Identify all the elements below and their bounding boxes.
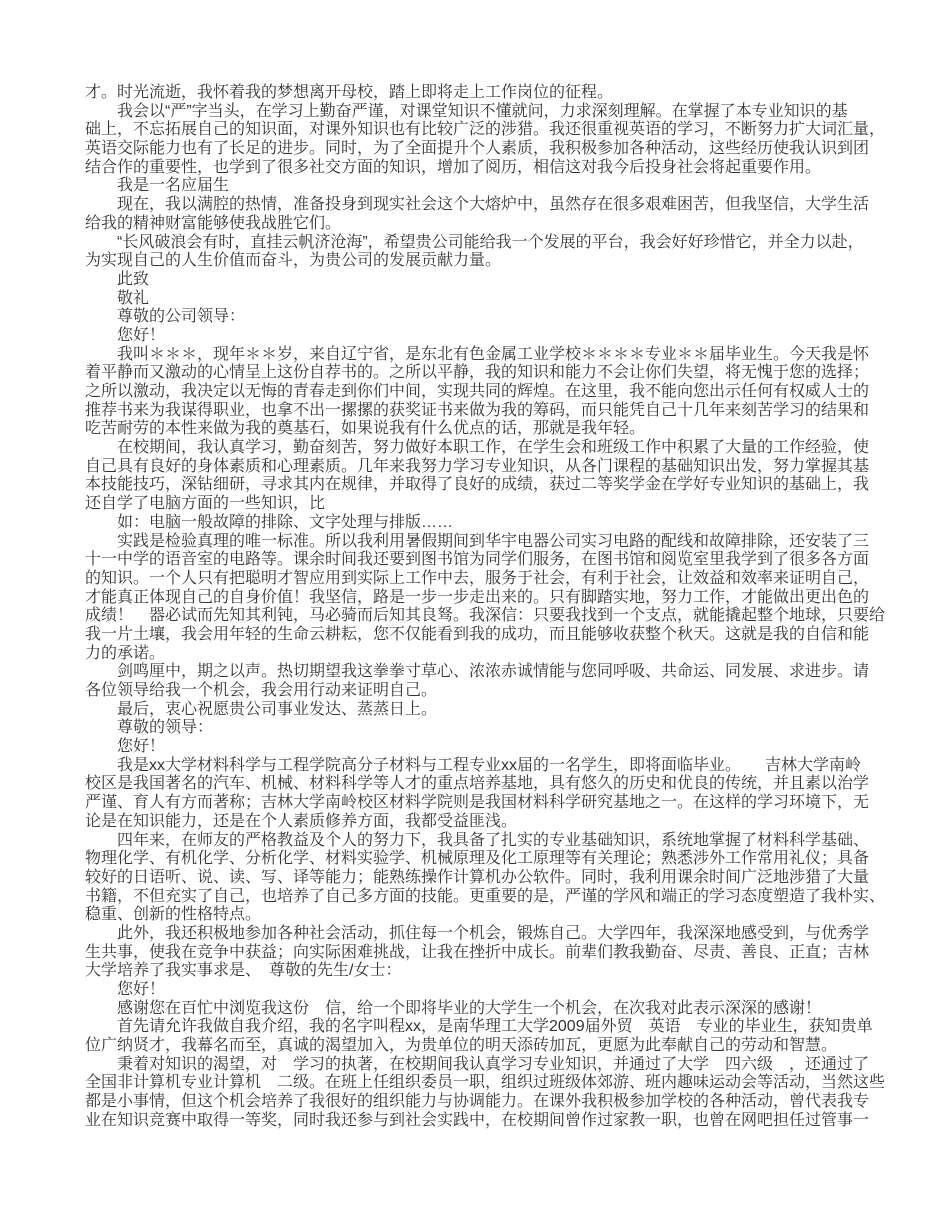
text-line: 书籍，不但充实了自己，也培养了自己多方面的技能。更重要的是，严谨的学风和端正的学… (85, 888, 915, 907)
text-line: 我是xx大学材料科学与工程学院高分子材料与工程专业xx届的一名学生，即将面临毕业… (85, 757, 915, 776)
text-line: 着平静而又激动的心情呈上这份自荐书的。之所以平静，我的知识和能力不会让你们失望，… (85, 364, 915, 383)
text-line: 全国非计算机专业计算机 二级。在班上任组织委员一职，组织过班级体郊游、班内趣味运… (85, 1074, 915, 1093)
text-line: 各位领导给我一个机会，我会用行动来证明自己。 (85, 682, 915, 701)
text-line: 自己具有良好的身体素质和心理素质。几年来我努力学习专业知识，从各门课程的基础知识… (85, 458, 915, 477)
text-line: 物理化学、有机化学、分析化学、材料实验学、机械原理及化工原理等有关理论；熟悉涉外… (85, 850, 915, 869)
text-line: 尊敬的领导： (85, 719, 915, 738)
text-line: 秉着对知识的渴望，对 学习的执著，在校期间我认真学习专业知识，并通过了大学 四六… (85, 1056, 915, 1075)
text-line: 大学培养了我实事求是、 尊敬的先生/女士： (85, 962, 915, 981)
text-line: 推荐书来为我谋得职业，也拿不出一摞摞的获奖证书来做为我的筹码，而只能凭自己十几年… (85, 402, 915, 421)
text-line: 您好！ (85, 738, 915, 757)
text-line: 实践是检验真理的唯一标准。所以我利用暑假期间到华宇电器公司实习电路的配线和故障排… (85, 533, 915, 552)
text-line: 成绩！ 器必试而先知其利钝，马必骑而后知其良驽。我深信：只要我找到一个支点，就能… (85, 607, 915, 626)
text-line: 才能真正体现自己的自身价值！我坚信，路是一步一步走出来的。只有脚踏实地，努力工作… (85, 589, 915, 608)
text-line: 您好！ (85, 327, 915, 346)
text-line: 最后，衷心祝愿贵公司事业发达、蒸蒸日上。 (85, 701, 915, 720)
text-line: 生共事，使我在竞争中获益；向实际困难挑战，让我在挫折中成长。前辈们教我勤奋、尽责… (85, 944, 915, 963)
text-line: 十一中学的语音室的电路等。课余时间我还要到图书馆为同学们服务，在图书馆和阅览室里… (85, 551, 915, 570)
text-line: 现在，我以满腔的热情，准备投身到现实社会这个大熔炉中，虽然存在很多艰难困苦，但我… (85, 196, 915, 215)
text-line: 给我的精神财富能够使我战胜它们。 (85, 215, 915, 234)
text-line: 您好！ (85, 981, 915, 1000)
document-page: 才。时光流逝，我怀着我的梦想离开母校，踏上即将走上工作岗位的征程。 我会以“严”… (85, 84, 915, 1131)
text-line: 首先请允许我做自我介绍，我的名字叫程xx，是南华理工大学2009届外贸 英语 专… (85, 1018, 915, 1037)
text-line: 还自学了电脑方面的一些知识，比 (85, 495, 915, 514)
text-line: 校区是我国著名的汽车、机械、材料科学等人才的重点培养基地，具有悠久的历史和优良的… (85, 775, 915, 794)
text-line: 四年来，在师友的严格教益及个人的努力下，我具备了扎实的专业基础知识，系统地掌握了… (85, 832, 915, 851)
text-line: 才。时光流逝，我怀着我的梦想离开母校，踏上即将走上工作岗位的征程。 (85, 84, 915, 103)
text-line: 剑鸣厘中，期之以声。热切期望我这拳拳寸草心、浓浓赤诚情能与您同呼吸、共命运、同发… (85, 663, 915, 682)
text-line: 我一片土壤，我会用年轻的生命云耕耘，您不仅能看到我的成功，而且能够收获整个秋天。… (85, 626, 915, 645)
text-line: 都是小事情，但这个机会培养了我很好的组织能力与协调能力。在课外我积极参加学校的各… (85, 1093, 915, 1112)
text-line: 感谢您在百忙中浏览我这份 信，给一个即将毕业的大学生一个机会，在次我对此表示深深… (85, 1000, 915, 1019)
text-line: 力的承诺。 (85, 645, 915, 664)
text-line: 较好的日语听、说、读、写、译等能力；能熟练操作计算机办公软件。同时，我利用课余时… (85, 869, 915, 888)
text-line: 础上，不忘拓展自己的知识面，对课外知识也有比较广泛的涉猎。我还很重视英语的学习，… (85, 121, 915, 140)
text-line: 英语交际能力也有了长足的进步。同时，为了全面提升个人素质，我积极参加各种活动，这… (85, 140, 915, 159)
text-line: 吃苦耐劳的本性来做为我的奠基石，如果说我有什么优点的话，那就是我年轻。 (85, 420, 915, 439)
text-line: 的知识。一个人只有把聪明才智应用到实际上工作中去，服务于社会，有利于社会，让效益… (85, 570, 915, 589)
text-line: 敬礼 (85, 290, 915, 309)
text-line: 结合作的重要性，也学到了很多社交方面的知识，增加了阅历，相信这对我今后投身社会将… (85, 159, 915, 178)
text-line: 为实现自己的人生价值而奋斗，为贵公司的发展贡献力量。 (85, 252, 915, 271)
text-line: 此外，我还积极地参加各种社会活动，抓住每一个机会，锻炼自己。大学四年，我深深地感… (85, 925, 915, 944)
text-line: 我是一名应届生 (85, 177, 915, 196)
text-line: 此致 (85, 271, 915, 290)
text-line: 论是在知识能力，还是在个人素质修养方面，我都受益匪浅。 (85, 813, 915, 832)
text-line: 业在知识竞赛中取得一等奖，同时我还参与到社会实践中，在校期间曾作过家教一职，也曾… (85, 1112, 915, 1131)
text-line: 位广纳贤才，我幕名而至，真诚的渴望加入，为贵单位的明天添砖加瓦，更愿为此奉献自己… (85, 1037, 915, 1056)
text-line: 在校期间，我认真学习，勤奋刻苦，努力做好本职工作，在学生会和班级工作中积累了大量… (85, 439, 915, 458)
text-line: 尊敬的公司领导： (85, 308, 915, 327)
text-line: 如：电脑一般故障的排除、文字处理与排版…… (85, 514, 915, 533)
text-line: 我会以“严”字当头，在学习上勤奋严谨，对课堂知识不懂就问，力求深刻理解。在掌握了… (85, 103, 915, 122)
text-line: 本技能技巧，深钻细研，寻求其内在规律，并取得了良好的成绩，获过二等奖学金在学好专… (85, 476, 915, 495)
text-line: “长风破浪会有时，直挂云帆济沧海”，希望贵公司能给我一个发展的平台，我会好好珍惜… (85, 234, 915, 253)
text-line: 稳重、创新的性格特点。 (85, 906, 915, 925)
text-line: 严谨、育人有方而著称；吉林大学南岭校区材料学院则是我国材料科学研究基地之一。在这… (85, 794, 915, 813)
text-line: 之所以激动，我决定以无悔的青春走到你们中间，实现共同的辉煌。在这里，我不能向您出… (85, 383, 915, 402)
text-line: 我叫＊＊＊，现年＊＊岁，来自辽宁省，是东北有色金属工业学校＊＊＊＊专业＊＊届毕业… (85, 346, 915, 365)
